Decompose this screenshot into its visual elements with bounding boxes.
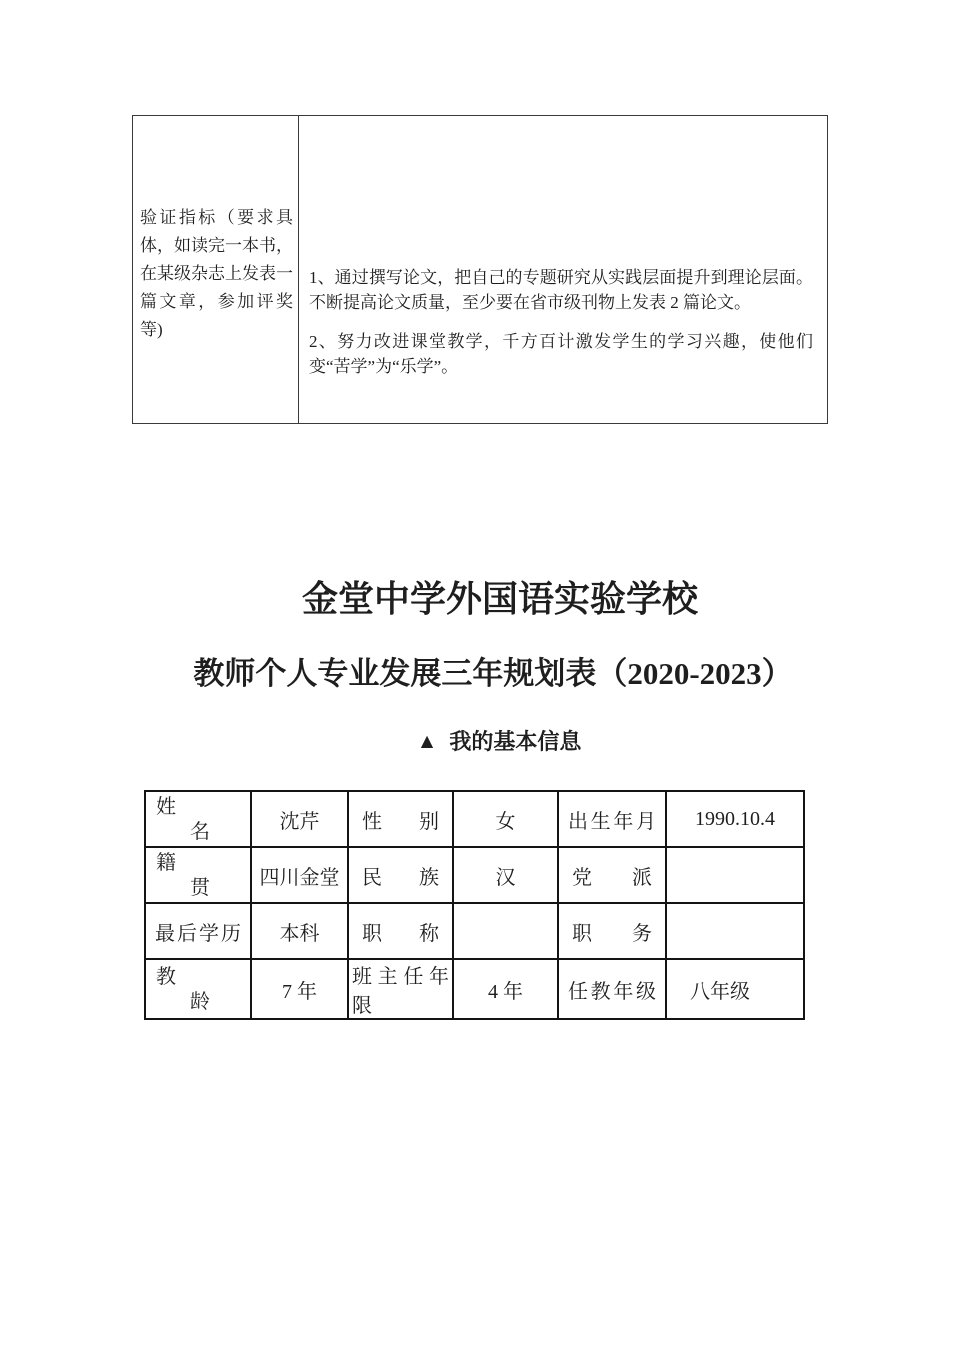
basic-info-table: 姓 名 沈芹 性别 女 出生年月 1990.10.4 籍 贯 四川金堂 <box>144 790 805 1020</box>
name-label-line1: 姓 <box>146 795 250 820</box>
cell-head-teacher-label: 班主任年限 <box>348 959 453 1019</box>
cell-education-label: 最后学历 <box>145 903 251 959</box>
verification-item-1: 1、通过撰写论文，把自己的专题研究从实践层面提升到理论层面。不断提高论文质量，至… <box>309 265 813 315</box>
school-title: 金堂中学外国语实验学校 <box>152 571 848 622</box>
cell-grade-label: 任教年级 <box>558 959 666 1019</box>
origin-label-line2: 贯 <box>146 876 250 901</box>
table-row: 验证指标（要求具体，如读完一本书，在某级杂志上发表一篇文章，参加评奖等) 1、通… <box>133 116 828 424</box>
cell-name-label: 姓 名 <box>145 791 251 847</box>
origin-label-line1: 籍 <box>146 851 250 876</box>
table-row: 姓 名 沈芹 性别 女 出生年月 1990.10.4 <box>145 791 804 847</box>
document-page: 验证指标（要求具体，如读完一本书，在某级杂志上发表一篇文章，参加评奖等) 1、通… <box>0 0 960 1357</box>
table-row: 最后学历 本科 职称 职务 <box>145 903 804 959</box>
section-heading: ▲我的基本信息 <box>151 725 847 756</box>
verification-item-2: 2、努力改进课堂教学，千方百计激发学生的学习兴趣，使他们变“苦学”为“乐学”。 <box>309 329 813 379</box>
verification-label-cell: 验证指标（要求具体，如读完一本书，在某级杂志上发表一篇文章，参加评奖等) <box>133 116 299 424</box>
cell-birth-value: 1990.10.4 <box>666 791 804 847</box>
cell-teach-age-value: 7 年 <box>251 959 348 1019</box>
verification-table: 验证指标（要求具体，如读完一本书，在某级杂志上发表一篇文章，参加评奖等) 1、通… <box>132 115 828 424</box>
cell-education-value: 本科 <box>251 903 348 959</box>
name-label-line2: 名 <box>146 820 250 845</box>
cell-duty-value <box>666 903 804 959</box>
cell-head-teacher-value: 4 年 <box>453 959 558 1019</box>
cell-party-label: 党派 <box>558 847 666 903</box>
cell-gender-value: 女 <box>453 791 558 847</box>
verification-content-cell: 1、通过撰写论文，把自己的专题研究从实践层面提升到理论层面。不断提高论文质量，至… <box>299 116 828 424</box>
cell-ethnic-label: 民族 <box>348 847 453 903</box>
cell-title-value <box>453 903 558 959</box>
cell-origin-label: 籍 贯 <box>145 847 251 903</box>
document-title: 教师个人专业发展三年规划表（2020-2023） <box>145 648 841 693</box>
cell-party-value <box>666 847 804 903</box>
cell-title-label: 职称 <box>348 903 453 959</box>
cell-gender-label: 性别 <box>348 791 453 847</box>
table-row: 教 龄 7 年 班主任年限 4 年 任教年级 八年级 <box>145 959 804 1019</box>
cell-birth-label: 出生年月 <box>558 791 666 847</box>
cell-ethnic-value: 汉 <box>453 847 558 903</box>
section-title: 我的基本信息 <box>449 729 581 754</box>
cell-name-value: 沈芹 <box>251 791 348 847</box>
cell-grade-value: 八年级 <box>666 959 804 1019</box>
cell-duty-label: 职务 <box>558 903 666 959</box>
triangle-marker-icon: ▲ <box>417 729 438 753</box>
teach-age-label-line1: 教 <box>146 965 250 990</box>
cell-teach-age-label: 教 龄 <box>145 959 251 1019</box>
teach-age-label-line2: 龄 <box>146 990 250 1015</box>
cell-origin-value: 四川金堂 <box>251 847 348 903</box>
table-row: 籍 贯 四川金堂 民族 汉 党派 <box>145 847 804 903</box>
